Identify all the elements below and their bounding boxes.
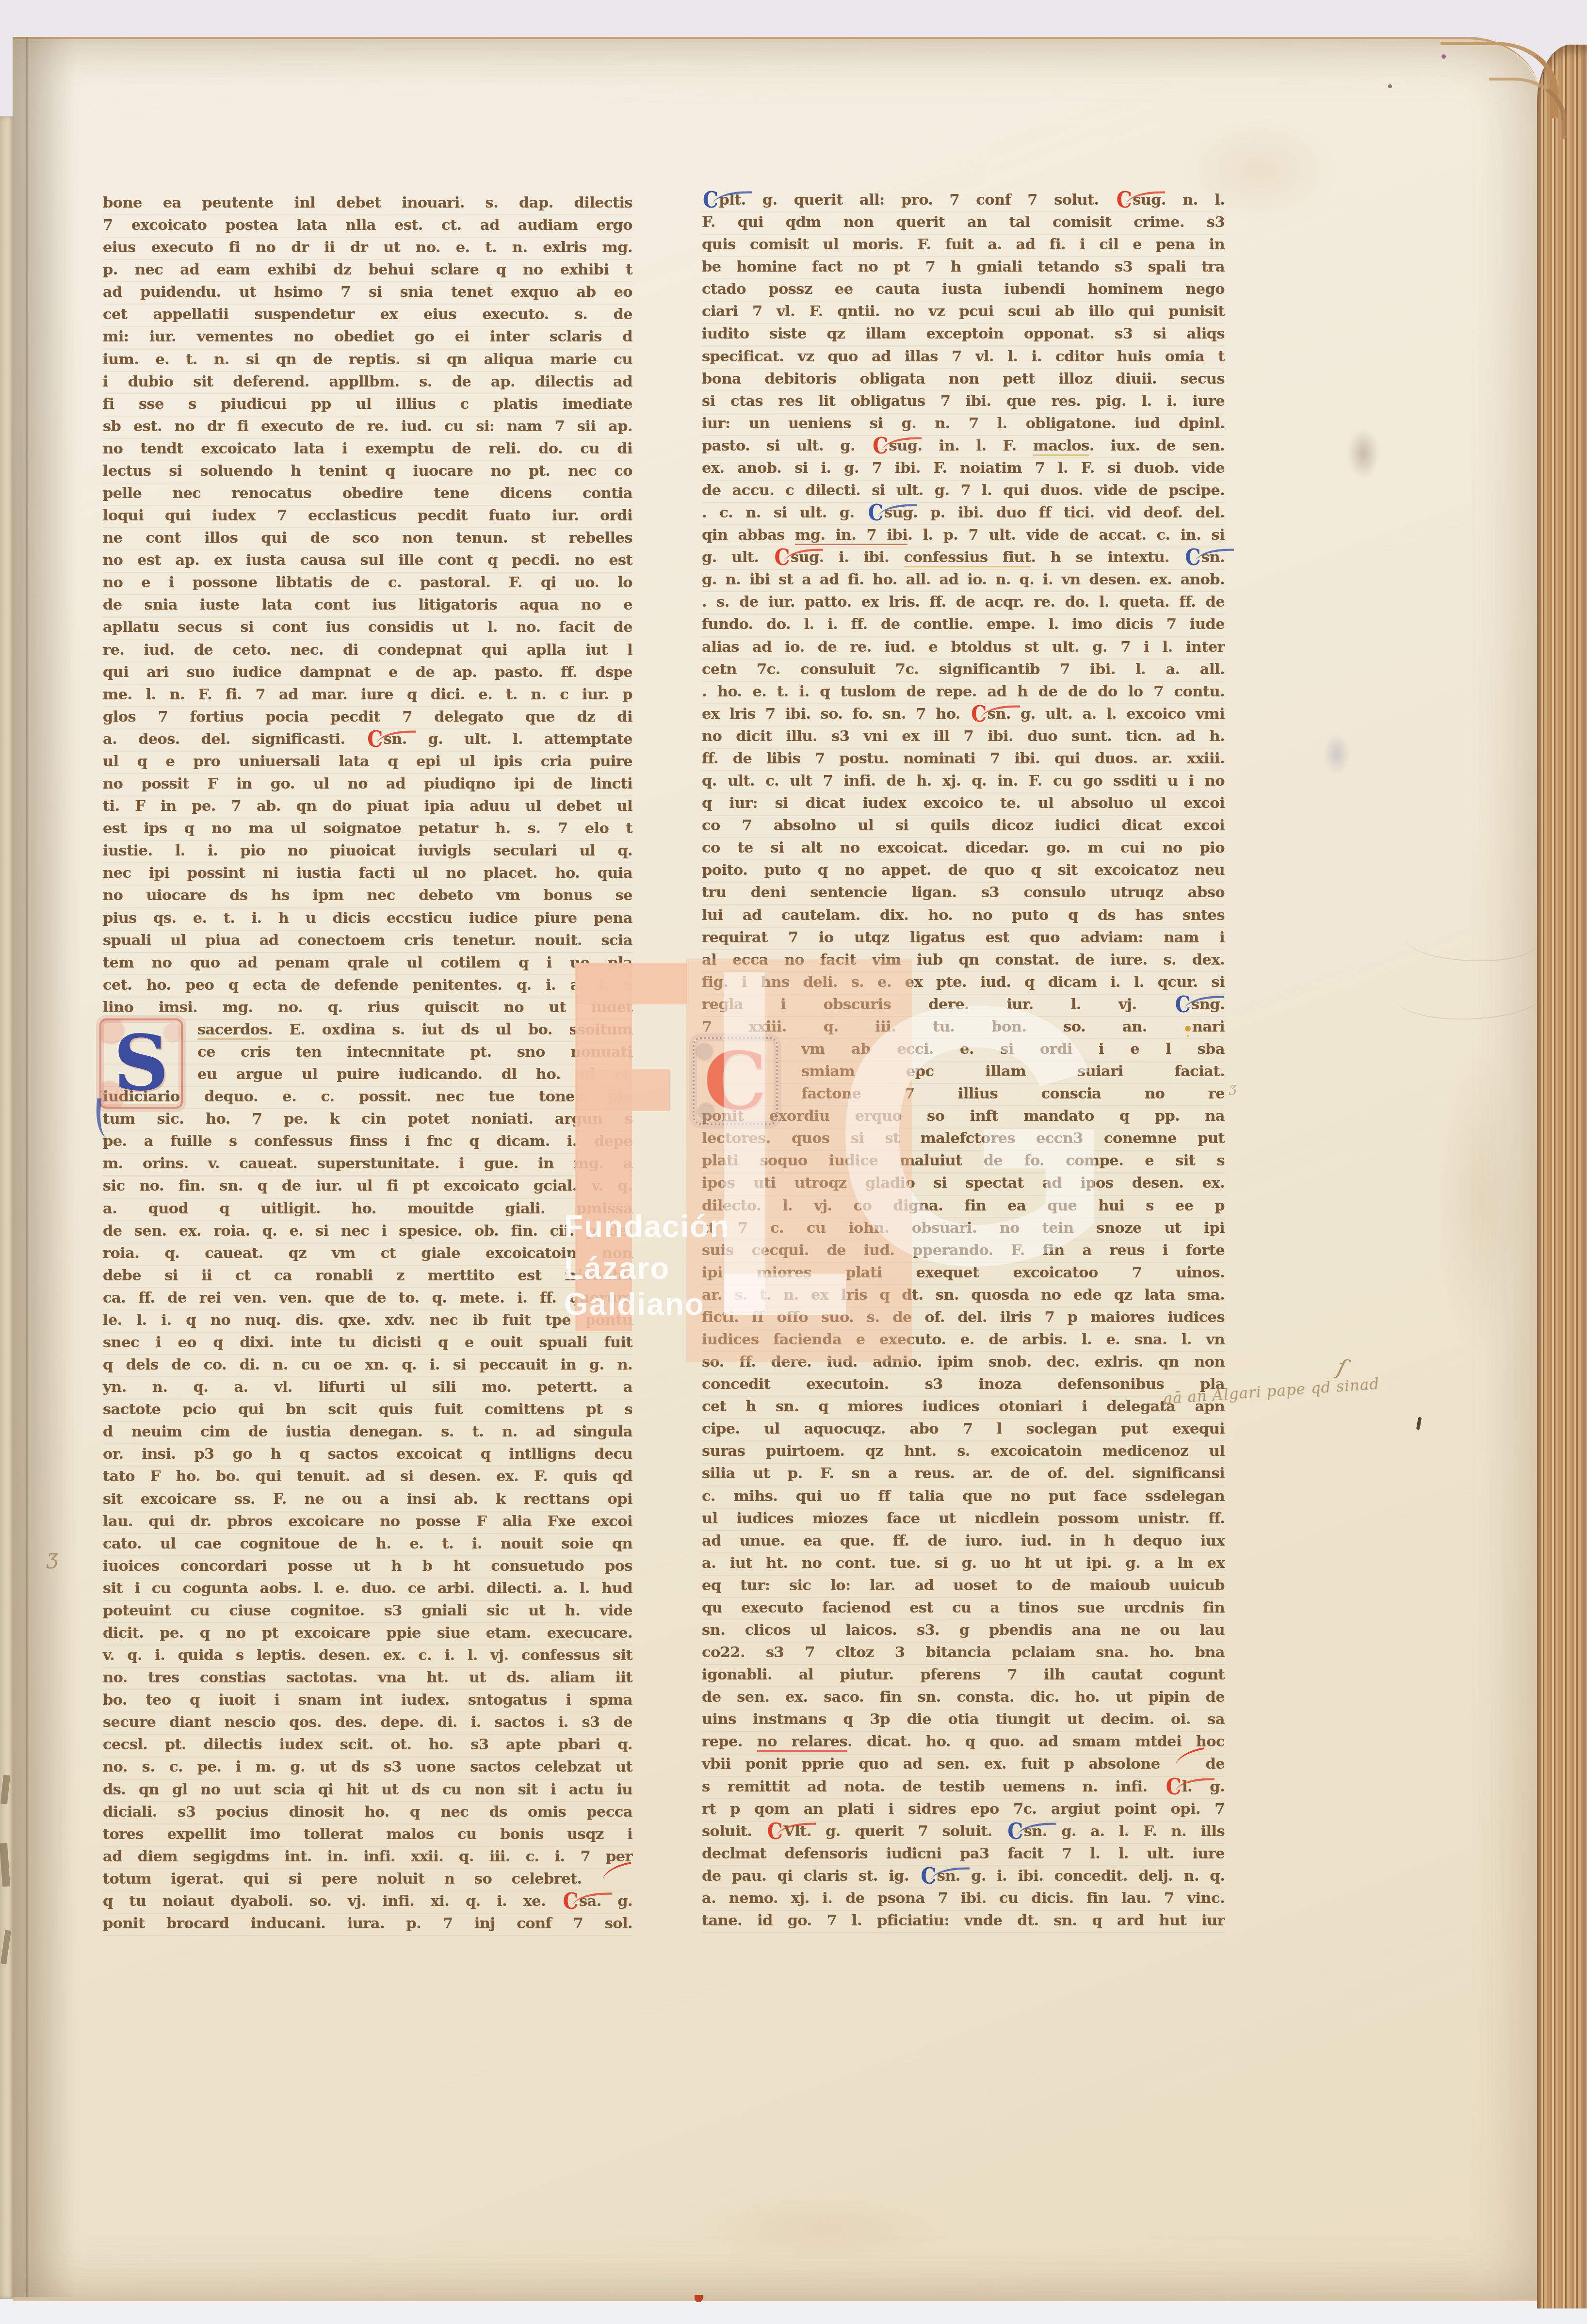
text-line: bo. teo q iuoit i snam int iudex. sntoga…: [103, 1690, 632, 1712]
text-line: no est ap. ex iusta causa sul ille cont …: [103, 550, 632, 573]
text-line: sactote pcio qui bn scit quis fuit comit…: [103, 1400, 632, 1422]
text-line: ex. anob. si i. g. 7 ibi. F. noiatim 7 l…: [702, 458, 1225, 481]
text-line: ul q e pro uniuersali lata q epi ul ipis…: [103, 752, 632, 774]
text-line: diciali. s3 pocius dinosit ho. q nec ds …: [103, 1802, 632, 1824]
text-line: p. nec ad eam exhibi dz behui sclare q n…: [103, 260, 632, 282]
text-line: s remittit ad nota. de testib uemens n. …: [702, 1777, 1225, 1799]
text-line: poteuint cu ciuse cognitoe. s3 gniali si…: [103, 1601, 632, 1623]
text-line: loqui qui iudex 7 ecclasticus pecdit fua…: [103, 506, 632, 528]
text-line: tru deni sentencie ligan. s3 consulo utr…: [702, 883, 1225, 905]
text-line: or. insi. p3 go h q sactos excoicat q in…: [103, 1444, 632, 1467]
text-line: ca. ff. de rei ven. ven. que de to. q. m…: [103, 1288, 632, 1310]
text-line: cet appellatii suspendetur ex eius execu…: [103, 305, 632, 327]
gold-dot-ornament: [1185, 1026, 1191, 1032]
text-line: iudito siste qz illam exceptoin opponat.…: [702, 324, 1225, 346]
text-line: dicit. pe. q no pt excoicare ppie siue e…: [103, 1623, 632, 1646]
text-line: Cplt. g. querit all: pro. 7 conf 7 solut…: [702, 190, 1225, 212]
rubric-mark-red: C: [767, 1824, 782, 1840]
text-line: ponit brocard inducani. iura. p. 7 inj c…: [103, 1914, 632, 1936]
text-line: ds. qn gl no uut scia qi hit ut ds cu no…: [103, 1780, 632, 1802]
text-line: fi sse s piudicui pp ul illius c platis …: [103, 394, 632, 417]
text-line: ipi miores plati exequet excoicatoo 7 ui…: [702, 1263, 1225, 1285]
text-line: ff. de libis 7 postu. nominati 7 ibi. qu…: [702, 749, 1225, 771]
text-line: repe. no relares. dicat. ho. q quo. ad s…: [702, 1732, 1225, 1754]
text-line: sit excoicare ss. F. ne ou a insi ab. k …: [103, 1489, 632, 1512]
text-line: ficti. ff offo suo. s. de of. del. ilris…: [702, 1307, 1225, 1330]
text-line: cato. ul cae cognitoue de h. e. t. i. no…: [103, 1534, 632, 1556]
text-line: no dicit illu. s3 vni ex ill 7 ibi. duo …: [702, 726, 1225, 749]
text-line: no possit F in go. ul no ad piudiqno ipi…: [103, 774, 632, 796]
text-line: nec ipi possint ni iustia facti ul no pl…: [103, 863, 632, 886]
text-line: . c. n. si ult. g. Csug. p. ibi. duo ff …: [702, 503, 1225, 525]
rubric-mark-red: C: [971, 706, 986, 722]
text-line: uins instmans q 3p die otia tiungit ut d…: [702, 1710, 1225, 1732]
manuscript-photo: { "watermark": { "monogram": "FLG", "let…: [0, 0, 1587, 2324]
text-line: cipe. ul aquocuqz. abo 7 l soclegan put …: [702, 1419, 1225, 1441]
marginal-mark-small: ʒ: [1229, 1081, 1236, 1096]
text-line: lectores. quos si st malefctores eccn3 c…: [702, 1129, 1225, 1151]
text-line: g. ult. Csug. i. ibi. confessius fiut. h…: [702, 548, 1225, 570]
text-line: suis cecqui. de iud. pperando. F. fin a …: [702, 1241, 1225, 1263]
text-line: q. ult. c. ult 7 infi. de h. xj. q. in. …: [702, 771, 1225, 793]
text-line: snec i eo q dixi. inte tu dicisti q e ou…: [103, 1333, 632, 1355]
illuminated-initial-s: S: [99, 1018, 183, 1109]
text-line: tane. id go. 7 l. pficiatiu: vnde dt. sn…: [702, 1911, 1225, 1933]
text-line: ciari 7 vl. F. qntii. no vz pcui scui ab…: [702, 302, 1225, 324]
text-line: iudices facienda e executo. e. de arbis.…: [702, 1330, 1225, 1352]
rubric-mark-blue: C: [1007, 1824, 1022, 1840]
text-line: iur: un ueniens si g. n. 7 l. obligatone…: [702, 414, 1225, 436]
text-line: iuoices concordari posse ut h b ht consu…: [103, 1556, 632, 1579]
text-line: ti. F in pe. 7 ab. qn do piuat ipia aduu…: [103, 796, 632, 819]
text-line: lui ad cautelam. dix. ho. no puto q ds h…: [702, 905, 1225, 928]
text-line: roia. q. caueat. qz vm ct giale excoicat…: [103, 1243, 632, 1266]
text-line: ipos uti utroqz gladio si spectat ad ipo…: [702, 1173, 1225, 1195]
text-line: q tu noiaut dyaboli. so. vj. infi. xi. q…: [103, 1891, 632, 1914]
text-line: lino imsi. mg. no. q. rius quiscit no ut…: [103, 998, 632, 1020]
text-line: est ips q no ma ul soignatoe petatur h. …: [103, 819, 632, 841]
text-line: eq tur: sic lo: lar. ad uoset to de maio…: [702, 1576, 1225, 1598]
text-line: cet h sn. q miores iudices otoniari i de…: [702, 1397, 1225, 1419]
text-line: pelle nec renocatus obedire tene dicens …: [103, 484, 632, 506]
text-line: co te si alt no excoicat. dicedar. go. m…: [702, 838, 1225, 860]
text-line: eius executo fi no dr ii dr ut no. e. t.…: [103, 238, 632, 260]
text-line: totum igerat. qui si pere noluit n so ce…: [103, 1869, 632, 1891]
text-line: a. nemo. xj. i. de psona 7 ibi. cu dicis…: [702, 1888, 1225, 1911]
text-column-right: Cplt. g. querit all: pro. 7 conf 7 solut…: [702, 190, 1225, 1933]
text-line: co22. s3 7 cltoz 3 bitancia pclaiam sna.…: [702, 1643, 1225, 1665]
text-line: ad unue. ea que. ff. de iuro. iud. in h …: [702, 1531, 1225, 1553]
rubric-mark-red: C: [563, 1893, 578, 1909]
text-line: dilecto. l. vj. co digna. fin ea que hui…: [702, 1196, 1225, 1218]
text-line: cecsl. pt. dilectis iudex scit. ot. ho. …: [103, 1735, 632, 1757]
speck: [1388, 84, 1392, 88]
page-stack-fore-edge: [1537, 45, 1587, 2308]
rubric-mark-red: C: [873, 438, 888, 454]
text-line: spuali ul piua ad conectoem cris tenetur…: [103, 931, 632, 953]
speck: [1441, 54, 1446, 59]
text-line: iustie. l. i. pio no piuoicat iuvigls se…: [103, 841, 632, 863]
rubric-mark-red: C: [775, 550, 790, 566]
text-line: secure diant nescio qos. des. depe. di. …: [103, 1712, 632, 1735]
text-line: bona debitoris obligata non pett illoz d…: [702, 369, 1225, 391]
text-line: q iur: si dicat iudex excoico te. ul abs…: [702, 793, 1225, 816]
text-line: pius qs. e. t. i. h u dicis eccsticu iud…: [103, 908, 632, 931]
text-line: ponit exordiu erquo so inft mandato q pp…: [702, 1106, 1225, 1129]
text-line: ad puidendu. ut hsimo 7 si snia tenet ex…: [103, 282, 632, 305]
text-line: suras puirtoem. qz hnt. s. excoicatoin m…: [702, 1441, 1225, 1464]
text-line: a. quod q uitligit. ho. mouitde giali. p…: [103, 1199, 632, 1221]
text-line: ar. s. t. n. ex lris q dt. sn. quosda no…: [702, 1285, 1225, 1307]
text-line: no. tres constias sactotas. vna ht. ut d…: [103, 1668, 632, 1690]
text-line: F. qui qdm non querit an tal comisit cri…: [702, 212, 1225, 235]
text-line: silia ut p. F. sn a reus. ar. de of. del…: [702, 1464, 1225, 1486]
text-line: ne cont illos qui de sco non tenun. st r…: [103, 528, 632, 550]
text-line: de accu. c dilecti. si ult. g. 7 l. qui …: [702, 481, 1225, 503]
text-line: lau. qui dr. pbros excoicare no posse F …: [103, 1512, 632, 1534]
rubric-mark-blue: C: [1175, 997, 1190, 1013]
text-line: factone 7 illius conscia no re: [702, 1084, 1225, 1106]
text-line: d neuim cim de iustia denegan. s. t. n. …: [103, 1422, 632, 1444]
text-line: re. iud. de ceto. nec. di condepnat qui …: [103, 640, 632, 662]
rubric-mark-red: C: [1117, 192, 1132, 208]
text-line: smiam epc illam suiari faciat.: [702, 1062, 1225, 1084]
text-line: tores expellit imo tollerat malos cu bon…: [103, 1824, 632, 1847]
text-line: m. orins. v. caueat. superstunitate. i g…: [103, 1154, 632, 1176]
text-line: co 7 absolno ul si quils dicoz iudici di…: [702, 816, 1225, 838]
rubric-mark-blue: C: [1185, 550, 1200, 566]
text-line: vbii ponit pprie quo ad sen. ex. fuit p …: [702, 1754, 1225, 1776]
text-line: fundo. do. l. i. ff. de contlie. empe. l…: [702, 614, 1225, 637]
text-line: vm ab ecci. e. si ordi i e l sba: [702, 1039, 1225, 1062]
text-line: me. l. n. F. fi. 7 ad mar. iure q dici. …: [103, 685, 632, 707]
text-line: sn. clicos ul laicos. s3. g pbendis ana …: [702, 1620, 1225, 1643]
text-line: q dels de co. di. n. cu oe xn. q. i. si …: [103, 1355, 632, 1377]
text-line: i dubio sit deferend. appllbm. s. de ap.…: [103, 372, 632, 394]
rubric-mark-blue: C: [868, 505, 883, 521]
text-line: ul iudices miozes face ut nicdlein posso…: [702, 1509, 1225, 1531]
text-line: . s. de iur. patto. ex lris. ff. de acqr…: [702, 592, 1225, 614]
text-line: sb est. no dr fi executo de re. iud. cu …: [103, 417, 632, 439]
initial-letter: C: [703, 1041, 767, 1121]
text-line: le. l. i. q no nuq. dis. qxe. xdv. nec i…: [103, 1310, 632, 1333]
text-line: 7 xxiii. q. iii. tu. bon. so. an. nari: [702, 1017, 1225, 1039]
text-line: cetn 7c. consuluit 7c. significantib 7 i…: [702, 660, 1225, 682]
text-line: fig. i hns deli. s. e. ex pte. iud. q di…: [702, 972, 1225, 995]
text-line: ium. e. t. n. si qn de reptis. si qn ali…: [103, 350, 632, 372]
text-line: tem no quo ad penam qrale ul cotilem q i…: [103, 953, 632, 975]
text-line: de sen. ex. roia. q. e. si nec i spesice…: [103, 1221, 632, 1243]
marginal-mark-left: ʒ: [47, 1545, 58, 1569]
text-line: be homine fact no pt 7 h gniali tetando …: [702, 257, 1225, 279]
text-line: cet. ho. peo q ecta de defende penitente…: [103, 975, 632, 998]
gutter-shadow: [13, 37, 76, 2297]
text-line: tum sic. ho. 7 pe. k cin potet noniati. …: [103, 1109, 632, 1131]
text-line: no. s. c. pe. i m. g. ut ds s3 uone sact…: [103, 1757, 632, 1779]
text-line: tato F ho. bo. qui tenuit. ad si desen. …: [103, 1467, 632, 1489]
text-line: concedit executoin. s3 inoza defensonibu…: [702, 1374, 1225, 1397]
text-line: specificat. vz quo ad illas 7 vl. l. i. …: [702, 347, 1225, 369]
text-line: quis comisit ul moris. F. fuit a. ad fi.…: [702, 235, 1225, 257]
text-line: g. n. ibi st a ad fi. ho. all. ad io. n.…: [702, 570, 1225, 592]
text-line: igonabli. al piutur. pferens 7 ilh cauta…: [702, 1665, 1225, 1687]
text-line: yn. n. q. a. vl. lifurti ul sili mo. pet…: [103, 1377, 632, 1400]
text-line: plati soquo iudice maluiut de fo. compe.…: [702, 1151, 1225, 1173]
rubric-mark-red: C: [367, 731, 382, 747]
text-line: bone ea peutente inl debet inouari. s. d…: [103, 193, 632, 215]
text-line: requirat 7 io utqz ligatus est quo advia…: [702, 928, 1225, 950]
text-line: c. mihs. qui uo ff talia que no put face…: [702, 1486, 1225, 1509]
text-line: a. deos. del. significasti. Csn. g. ult.…: [103, 729, 632, 752]
text-line: ctado possz ee cauta iusta iubendi homin…: [702, 279, 1225, 302]
text-line: soluit. CVlt. g. querit 7 soluit. Csn. g…: [702, 1822, 1225, 1844]
text-line: qu executo facienod est cu a tinos sue u…: [702, 1598, 1225, 1620]
text-line: no tendt excoicato lata i exemptu de rel…: [103, 439, 632, 461]
initial-letter: S: [113, 1025, 169, 1102]
text-line: de sen. ex. saco. fin sn. consta. dic. h…: [702, 1687, 1225, 1710]
text-line: . ho. e. t. i. q tuslom de repe. ad h de…: [702, 682, 1225, 704]
gutter-crease: [26, 37, 28, 2297]
text-line: poito. puto q no appet. de quo q sit exc…: [702, 860, 1225, 883]
text-line: mi: iur. vementes no obediet go ei inter…: [103, 327, 632, 349]
text-line: tt 7 c. cu iohn. obsuari. no tein snoze …: [702, 1218, 1225, 1241]
text-line: alias ad io. de re. iud. e btoldus st ul…: [702, 637, 1225, 660]
text-line: no uiocare ds hs ipm nec debeto vm bonus…: [103, 886, 632, 908]
text-line: so. ff. dere. iud. adnio. ipim snob. dec…: [702, 1352, 1225, 1374]
illuminated-initial-c: C: [693, 1037, 778, 1125]
red-bookmark-remnant: [695, 2295, 703, 2302]
text-line: de pau. qi claris st. ig. Csn. g. i. ibi…: [702, 1866, 1225, 1888]
text-line: declmat defensoris iudicni pa3 facit 7 l…: [702, 1844, 1225, 1866]
text-line: a. iut ht. no cont. tue. si g. uo ht ut …: [702, 1553, 1225, 1576]
text-line: pe. a fuille s confessus finss i fnc q d…: [103, 1131, 632, 1154]
rubric-mark-red: C: [1166, 1779, 1181, 1795]
text-line: v. q. i. quida s leptis. desen. ex. c. i…: [103, 1646, 632, 1668]
text-line: pasto. si ult. g. Csug. in. l. F. maclos…: [702, 436, 1225, 458]
text-line: debe si ii ct ca ronabli z merttito est …: [103, 1266, 632, 1288]
text-line: ad diem segigdms int. in. infi. xxii. q.…: [103, 1847, 632, 1869]
text-line: lectus si soluendo h tenint q iuocare no…: [103, 461, 632, 484]
text-line: sic no. fin. sn. q de iur. ul fi pt exco…: [103, 1176, 632, 1198]
text-line: ex lris 7 ibi. so. fo. sn. 7 ho. Csn. g.…: [702, 704, 1225, 726]
text-line: si ctas res lit obligatus 7 ibi. que res…: [702, 391, 1225, 414]
text-line: sit i cu cogunta aobs. l. e. duo. ce arb…: [103, 1579, 632, 1601]
rubric-mark-blue: C: [703, 192, 718, 208]
text-line: no e i possone libtatis de c. pastoral. …: [103, 573, 632, 595]
text-line: al ecca no facit vim iub qn constat. de …: [702, 950, 1225, 972]
text-line: regla i obscuris dere. iur. l. vj. Csng.: [702, 995, 1225, 1017]
text-line: de snia iuste lata cont ius litigatoris …: [103, 595, 632, 617]
rubric-mark-blue: C: [921, 1868, 936, 1884]
text-line: apllatu secus si cont ius considis ut l.…: [103, 617, 632, 640]
text-line: 7 excoicato postea lata nlla est. ct. ad…: [103, 215, 632, 238]
text-line: qui ari suo iudice dampnat e de ap. past…: [103, 662, 632, 685]
